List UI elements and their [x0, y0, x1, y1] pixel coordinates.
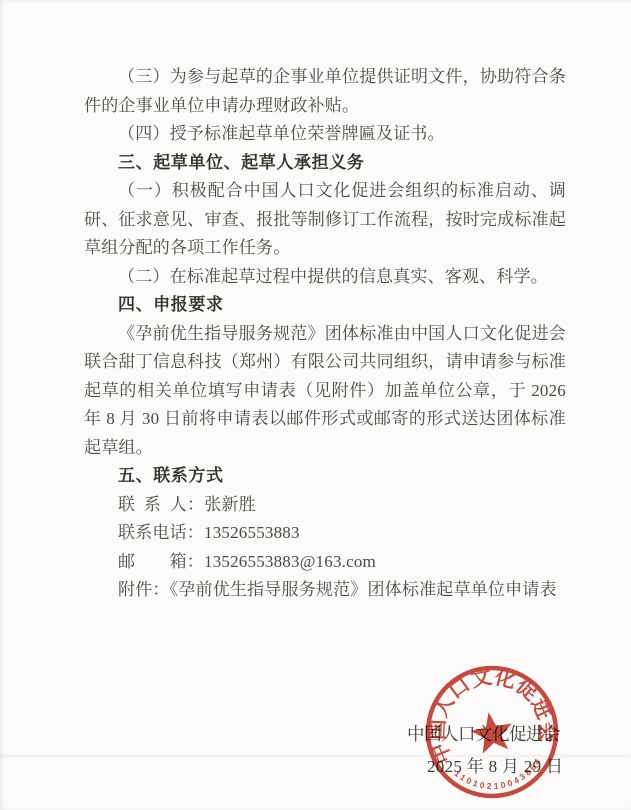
paragraph-obligation-2: （二）在标准起草过程中提供的信息真实、客观、科学。: [84, 263, 566, 292]
paragraph-application-requirements: 《孕前优生指导服务规范》团体标准由中国人口文化促进会联合甜丁信息科技（郑州）有限…: [84, 320, 566, 463]
paragraph-provide-certificates: （三）为参与起草的企事业单位提供证明文件，协助符合条件的企事业单位申请办理财政补…: [84, 63, 566, 120]
attachment-note: 附件：《孕前优生指导服务规范》团体标准起草单位申请表: [84, 576, 566, 605]
document-page: （三）为参与起草的企事业单位提供证明文件，协助符合条件的企事业单位申请办理财政补…: [0, 0, 631, 810]
seal-arc-text: 中国人口文化促进会: [414, 655, 563, 768]
contact-person-line: 联 系 人：张新胜: [84, 491, 566, 520]
paragraph-obligation-1: （一）积极配合中国人口文化促进会组织的标准启动、调研、征求意见、审查、报批等制修…: [84, 177, 566, 263]
section-heading-obligations: 三、起草单位、起草人承担义务: [84, 149, 566, 178]
contact-phone-line: 联系电话：13526553883: [84, 519, 566, 548]
official-seal-stamp: 中国人口文化促进会 11010210043864: [411, 651, 573, 810]
seal-star-icon: [468, 709, 516, 755]
document-body: （三）为参与起草的企事业单位提供证明文件，协助符合条件的企事业单位申请办理财政补…: [84, 63, 566, 605]
contact-email-line: 邮 箱：13526553883@163.com: [84, 548, 566, 577]
section-heading-contact: 五、联系方式: [84, 462, 566, 491]
section-heading-application-requirements: 四、申报要求: [84, 291, 566, 320]
paragraph-award-plaque: （四）授予标准起草单位荣誉牌匾及证书。: [84, 120, 566, 149]
